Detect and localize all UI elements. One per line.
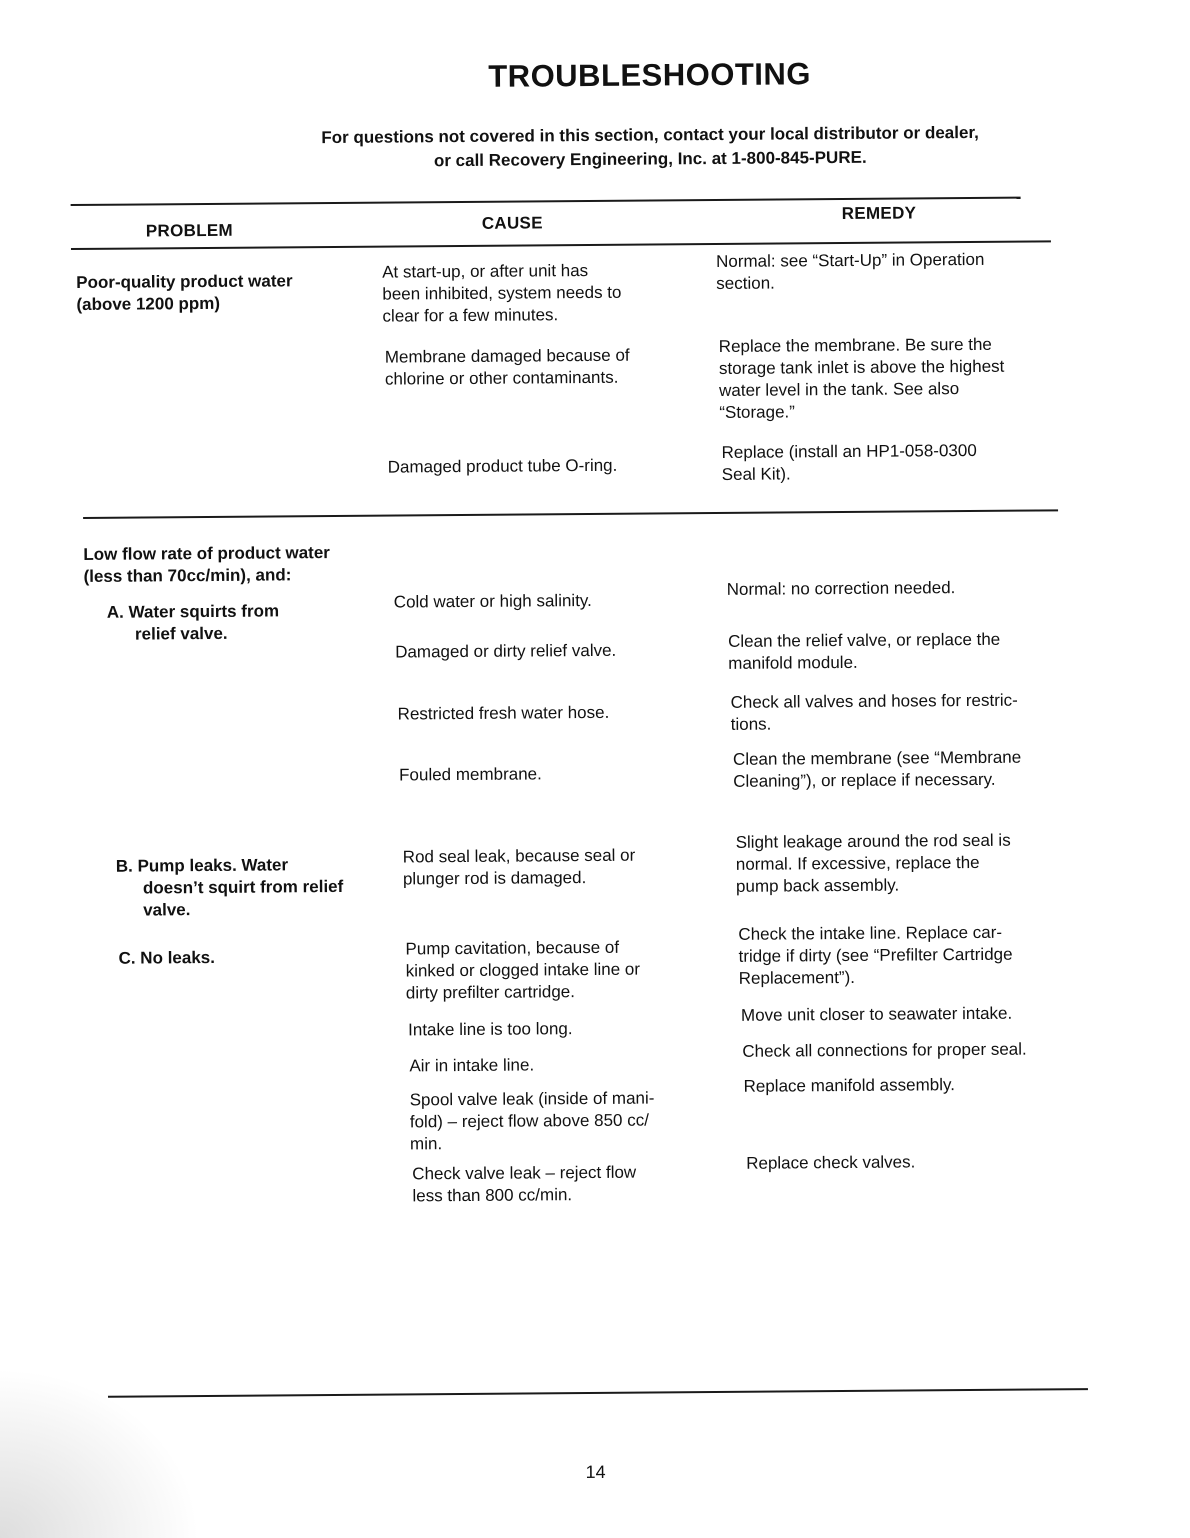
section-divider (83, 509, 1058, 519)
remedy-line: section. (716, 271, 984, 295)
remedy-line: Check all connections for proper seal. (742, 1039, 1027, 1063)
remedy-line: Normal: no correction needed. (727, 577, 956, 601)
cause-line: Fouled membrane. (399, 763, 542, 786)
remedy-rod-seal: Slight leakage around the rod seal is no… (736, 830, 1012, 898)
remedy-line: pump back assembly. (736, 874, 1011, 898)
remedy-line: Check the intake line. Replace car- (738, 922, 1012, 946)
subproblem-c: C. No leaks. (118, 947, 215, 970)
cause-line: less than 800 cc/min. (412, 1184, 636, 1208)
cause-intake-too-long: Intake line is too long. (408, 1018, 573, 1041)
remedy-line: Seal Kit). (722, 462, 977, 486)
cause-line: Membrane damaged because of (385, 345, 630, 369)
remedy-check-valve: Replace check valves. (746, 1151, 915, 1174)
remedy-spool-valve: Replace manifold assembly. (743, 1074, 955, 1098)
remedy-startup: Normal: see “Start-Up” in Operation sect… (716, 249, 985, 295)
remedy-line: water level in the tank. See also (719, 378, 1005, 402)
remedy-line: Cleaning”), or replace if necessary. (733, 769, 1021, 793)
cause-pump-cavitation: Pump cavitation, because of kinked or cl… (405, 937, 640, 1005)
problem-line: (above 1200 ppm) (76, 292, 292, 316)
remedy-fouled-membrane: Clean the membrane (see “Membrane Cleani… (733, 747, 1022, 793)
problem-line: (less than 70cc/min), and: (83, 564, 330, 588)
remedy-line: “Storage.” (719, 400, 1005, 424)
remedy-membrane-damaged: Replace the membrane. Be sure the storag… (719, 334, 1005, 424)
subproblem-line: valve. (116, 898, 343, 922)
cause-line: Cold water or high salinity. (394, 590, 592, 614)
scan-noise (0, 1368, 200, 1538)
subproblem-line: doesn’t squirt from relief (116, 876, 343, 900)
remedy-intake-too-long: Move unit closer to seawater intake. (741, 1003, 1012, 1027)
problem-line: Poor-quality product water (76, 270, 292, 294)
remedy-line: Slight leakage around the rod seal is (736, 830, 1011, 854)
subproblem-line: relief valve. (107, 622, 279, 645)
cause-line: clear for a few minutes. (382, 304, 621, 328)
remedy-air-in-intake: Check all connections for proper seal. (742, 1039, 1027, 1063)
remedy-line: Clean the membrane (see “Membrane (733, 747, 1021, 771)
subproblem-line: C. No leaks. (118, 947, 215, 970)
header-problem: PROBLEM (146, 221, 233, 242)
remedy-line: Replacement”). (739, 966, 1013, 990)
cause-line: Air in intake line. (409, 1054, 534, 1077)
remedy-line: Clean the relief valve, or replace the (728, 629, 1000, 653)
cause-line: Rod seal leak, because seal or (403, 845, 636, 869)
page-title: TROUBLESHOOTING (0, 53, 1185, 98)
contact-note: For questions not covered in this sectio… (0, 119, 1185, 176)
remedy-relief-valve: Clean the relief valve, or replace the m… (728, 629, 1000, 675)
problem-line: Low flow rate of product water (83, 542, 330, 566)
cause-line: Damaged product tube O-ring. (388, 455, 618, 479)
cause-line: At start-up, or after unit has (382, 260, 621, 284)
remedy-fresh-water-hose: Check all valves and hoses for restric- … (730, 690, 1018, 736)
cause-line: min. (410, 1132, 655, 1156)
remedy-line: Move unit closer to seawater intake. (741, 1003, 1012, 1027)
cause-startup: At start-up, or after unit has been inhi… (382, 260, 622, 328)
table-bottom-rule (108, 1388, 1088, 1398)
document-page: TROUBLESHOOTING For questions not covere… (0, 0, 1190, 1538)
cause-line: plunger rod is damaged. (403, 867, 636, 891)
remedy-line: Replace the membrane. Be sure the (719, 334, 1005, 358)
cause-line: dirty prefilter cartridge. (406, 981, 641, 1005)
cause-membrane-damaged: Membrane damaged because of chlorine or … (385, 345, 630, 391)
cause-line: been inhibited, system needs to (382, 282, 621, 306)
problem-poor-quality: Poor-quality product water (above 1200 p… (76, 270, 293, 316)
page-number: 14 (586, 1462, 606, 1483)
header-cause: CAUSE (482, 213, 543, 233)
cause-line: Damaged or dirty relief valve. (395, 640, 616, 664)
remedy-line: Replace (install an HP1-058-0300 (722, 440, 977, 464)
cause-spool-valve: Spool valve leak (inside of mani- fold) … (410, 1088, 655, 1156)
cause-fouled-membrane: Fouled membrane. (399, 763, 542, 786)
cause-check-valve: Check valve leak – reject flow less than… (412, 1162, 636, 1208)
cause-line: kinked or clogged intake line or (406, 959, 641, 983)
remedy-line: Replace manifold assembly. (743, 1074, 955, 1098)
subproblem-a: A. Water squirts from relief valve. (107, 600, 280, 645)
remedy-oring: Replace (install an HP1-058-0300 Seal Ki… (722, 440, 977, 486)
remedy-pump-cavitation: Check the intake line. Replace car- trid… (738, 922, 1012, 990)
cause-line: fold) – reject flow above 850 cc/ (410, 1110, 655, 1134)
remedy-cold-water: Normal: no correction needed. (727, 577, 956, 601)
cause-relief-valve: Damaged or dirty relief valve. (395, 640, 616, 664)
cause-line: Check valve leak – reject flow (412, 1162, 636, 1186)
header-remedy: REMEDY (842, 203, 917, 224)
cause-rod-seal: Rod seal leak, because seal or plunger r… (403, 845, 636, 891)
remedy-line: Normal: see “Start-Up” in Operation (716, 249, 984, 273)
cause-oring: Damaged product tube O-ring. (388, 455, 618, 479)
cause-line: Spool valve leak (inside of mani- (410, 1088, 655, 1112)
remedy-line: normal. If excessive, replace the (736, 852, 1011, 876)
cause-line: chlorine or other contaminants. (385, 367, 630, 391)
cause-line: Intake line is too long. (408, 1018, 573, 1041)
remedy-line: Replace check valves. (746, 1151, 915, 1174)
remedy-line: tridge if dirty (see “Prefilter Cartridg… (738, 944, 1012, 968)
cause-air-in-intake: Air in intake line. (409, 1054, 534, 1077)
cause-cold-water: Cold water or high salinity. (394, 590, 592, 614)
subproblem-line: A. Water squirts from (107, 600, 279, 623)
subproblem-line: B. Pump leaks. Water (116, 854, 343, 878)
cause-line: Pump cavitation, because of (405, 937, 640, 961)
cause-line: Restricted fresh water hose. (398, 702, 610, 726)
remedy-line: manifold module. (728, 651, 1000, 675)
cause-fresh-water-hose: Restricted fresh water hose. (398, 702, 610, 726)
problem-low-flow: Low flow rate of product water (less tha… (83, 542, 330, 588)
remedy-line: tions. (731, 712, 1018, 736)
remedy-line: Check all valves and hoses for restric- (730, 690, 1017, 714)
subproblem-b: B. Pump leaks. Water doesn’t squirt from… (116, 854, 344, 922)
remedy-line: storage tank inlet is above the highest (719, 356, 1005, 380)
